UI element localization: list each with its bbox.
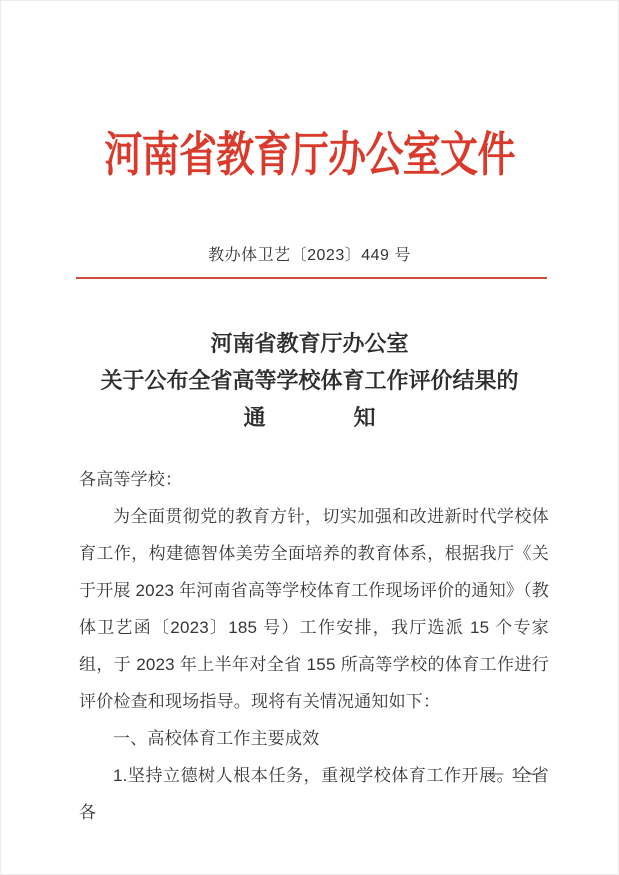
- notice-title-line2: 关于公布全省高等学校体育工作评价结果的: [1, 362, 618, 399]
- paragraph-item-1: 1.坚持立德树人根本任务，重视学校体育工作开展。全省各: [79, 757, 549, 831]
- document-page: 河南省教育厅办公室文件 教办体卫艺〔2023〕449 号 河南省教育厅办公室 关…: [0, 0, 619, 875]
- notice-title-line3: 通 知: [1, 399, 618, 436]
- red-divider-line: [76, 277, 547, 279]
- masthead-title: 河南省教育厅办公室文件: [1, 129, 618, 186]
- paragraph-intro: 为全面贯彻党的教育方针，切实加强和改进新时代学校体育工作，构建德智体美劳全面培养…: [79, 498, 549, 720]
- notice-title: 河南省教育厅办公室 关于公布全省高等学校体育工作评价结果的 通 知: [1, 325, 618, 436]
- notice-body: 各高等学校： 为全面贯彻党的教育方针，切实加强和改进新时代学校体育工作，构建德智…: [79, 461, 549, 831]
- document-number: 教办体卫艺〔2023〕449 号: [1, 242, 618, 265]
- page-number: — 1 —: [488, 765, 545, 782]
- salutation: 各高等学校：: [79, 461, 549, 498]
- section-heading-1: 一、高校体育工作主要成效: [79, 720, 549, 757]
- notice-title-line1: 河南省教育厅办公室: [1, 325, 618, 362]
